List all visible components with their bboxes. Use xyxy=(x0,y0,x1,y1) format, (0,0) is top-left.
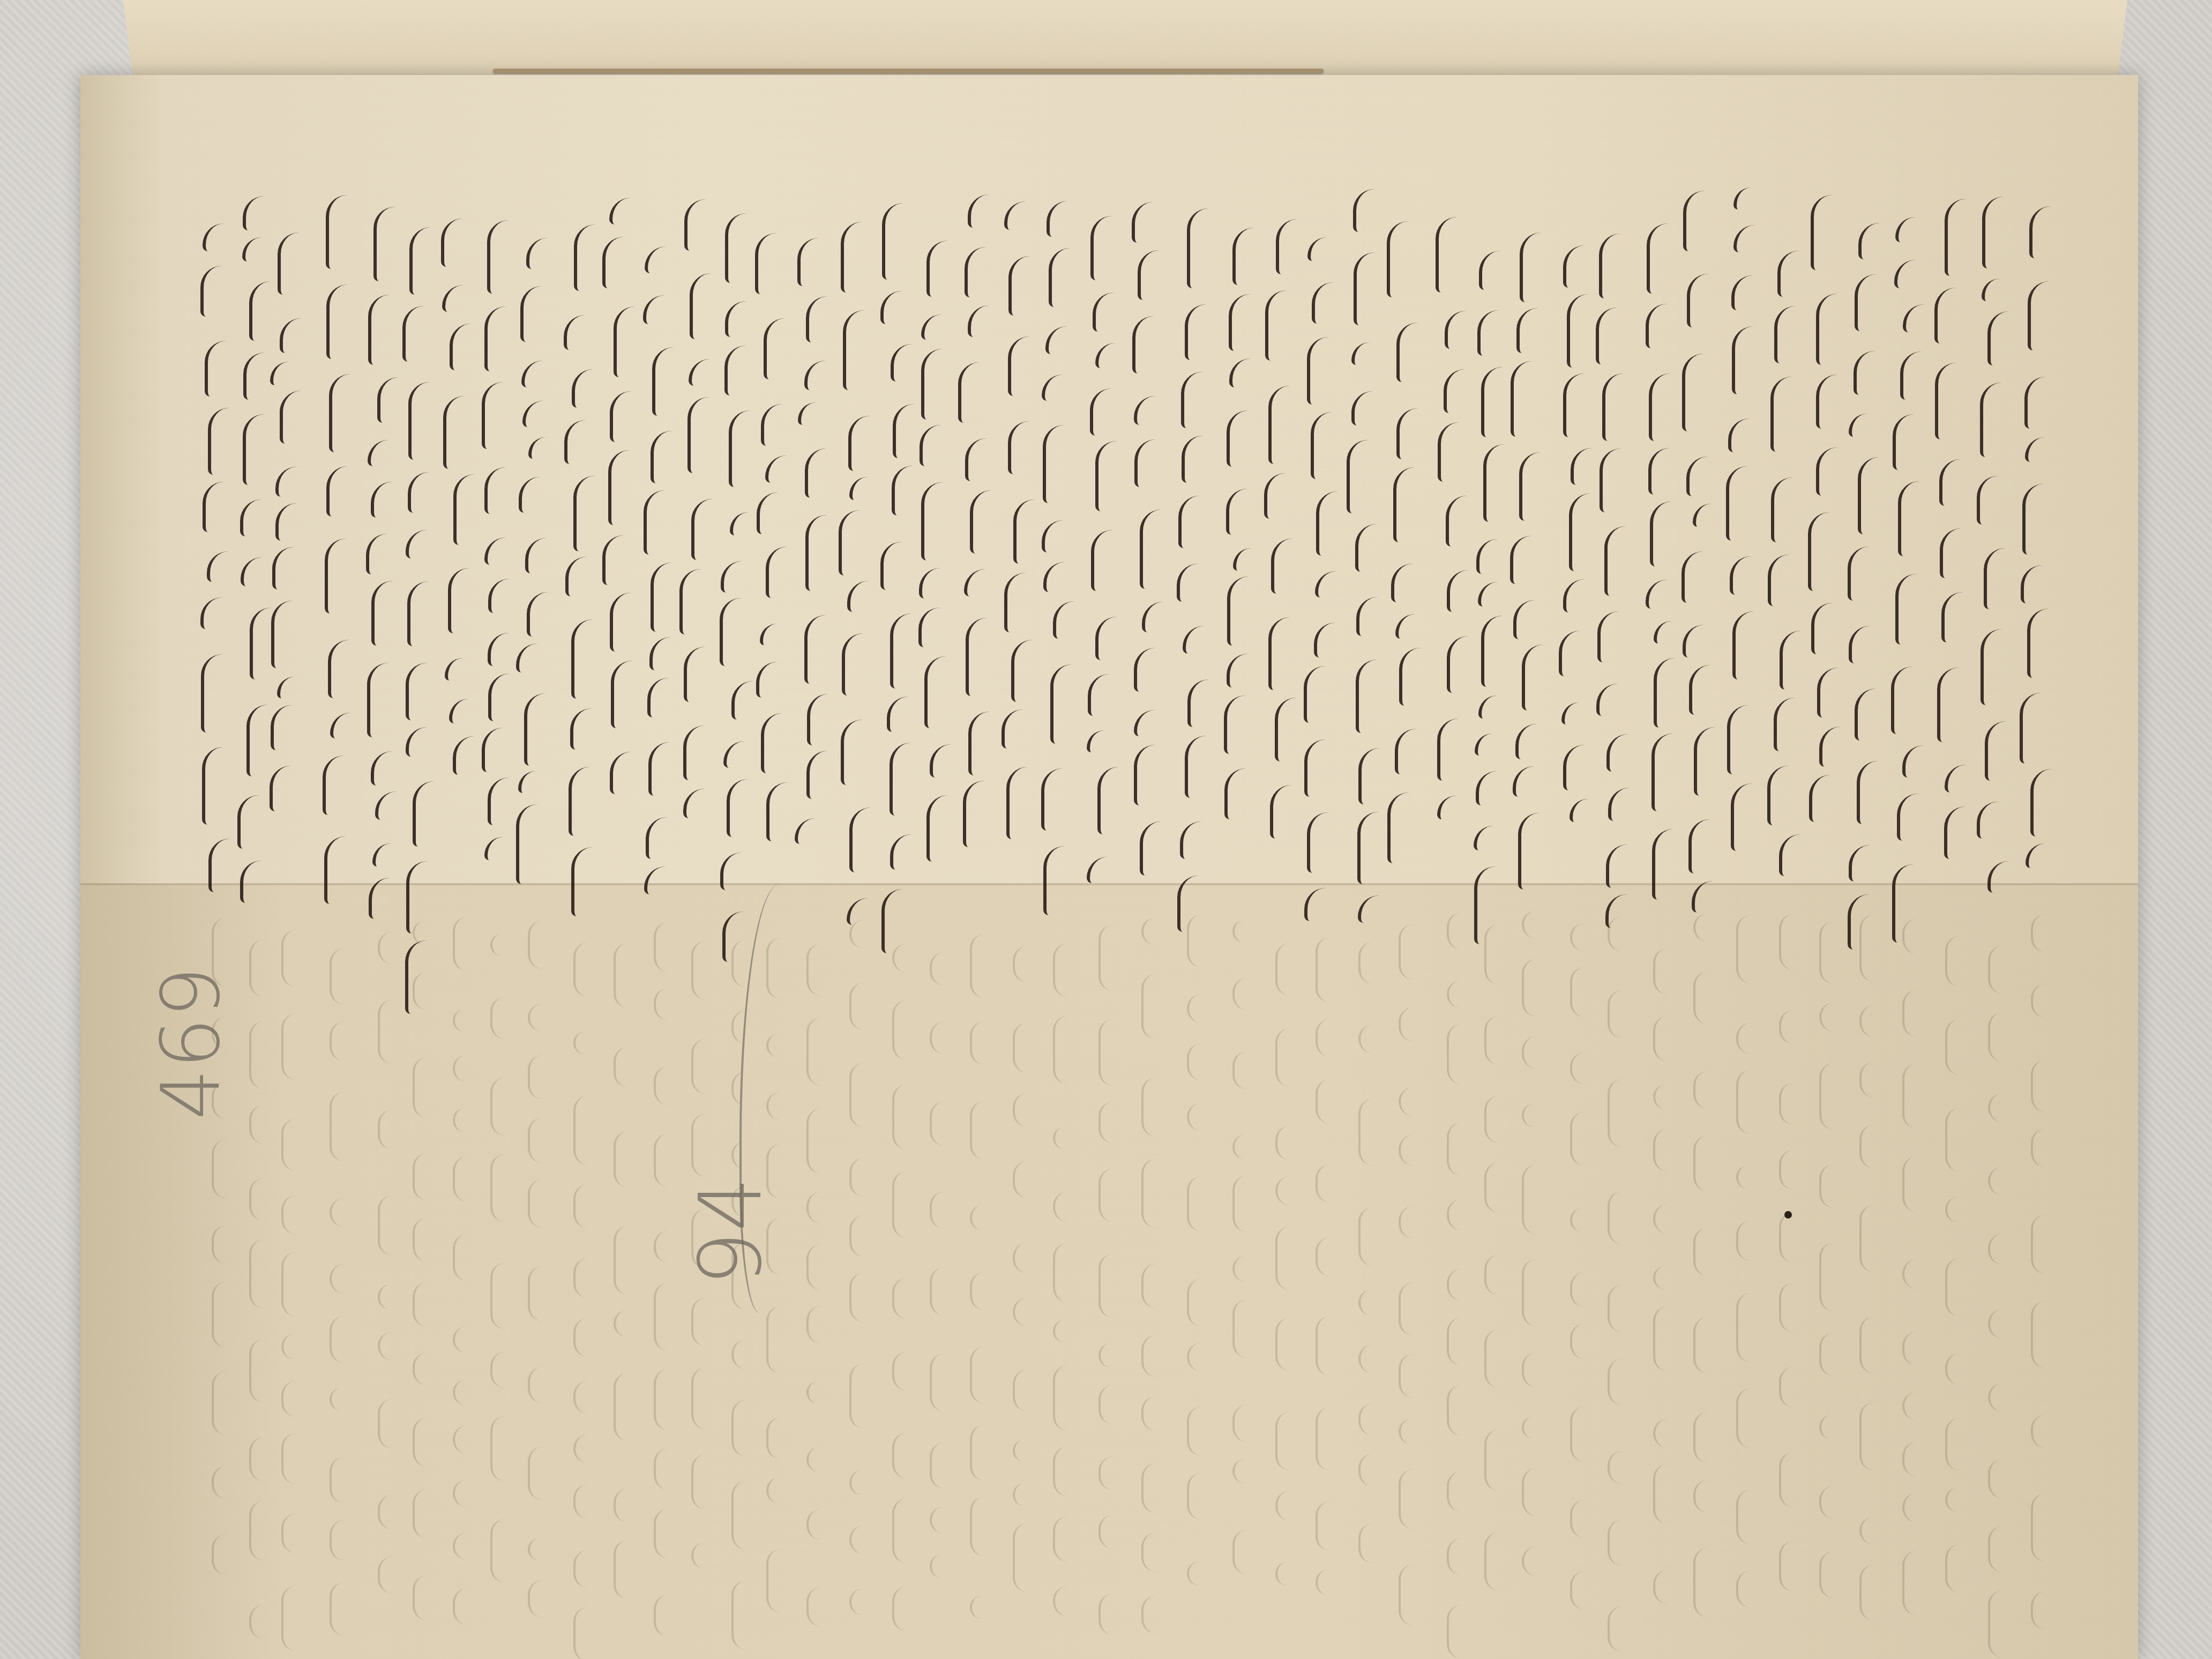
ghost-stroke xyxy=(1447,1199,1476,1230)
ghost-stroke xyxy=(1141,1078,1170,1137)
ink-stroke xyxy=(1354,252,1389,325)
ink-stroke xyxy=(1683,191,1718,251)
ink-stroke xyxy=(1006,767,1042,839)
ghost-stroke xyxy=(806,1587,835,1626)
ghost-stroke xyxy=(806,1381,835,1403)
ghost-stroke xyxy=(1447,1385,1476,1436)
ink-stroke xyxy=(1727,705,1762,774)
ink-stroke xyxy=(839,510,874,576)
ghost-stroke xyxy=(1570,1324,1599,1359)
ghost-stroke xyxy=(1484,1532,1513,1590)
ink-stroke xyxy=(921,349,956,420)
ghost-stroke xyxy=(281,1014,310,1080)
ink-stroke xyxy=(968,712,1004,775)
ink-stroke xyxy=(720,598,755,666)
ghost-stroke xyxy=(330,1520,358,1560)
ghost-stroke xyxy=(970,1205,999,1230)
ghost-stroke xyxy=(2031,1129,2060,1167)
ghost-stroke xyxy=(573,1258,602,1298)
ink-stroke xyxy=(924,656,960,728)
ghost-stroke xyxy=(249,1501,278,1560)
ink-stroke xyxy=(1011,640,1047,702)
ghost-stroke xyxy=(1275,1176,1304,1205)
ink-stroke xyxy=(2029,206,2065,258)
ghost-stroke xyxy=(1098,1169,1127,1222)
ink-stroke xyxy=(1132,316,1168,373)
ghost-stroke xyxy=(1098,1385,1127,1424)
ghost-stroke xyxy=(1275,1318,1304,1371)
ink-stroke xyxy=(610,593,645,652)
ghost-stroke xyxy=(849,1526,878,1554)
ghost-stroke xyxy=(1053,1516,1082,1561)
ghost-stroke xyxy=(1819,921,1848,984)
ghost-stroke xyxy=(528,921,557,969)
ink-stroke xyxy=(367,663,402,737)
ghost-stroke xyxy=(528,1055,557,1099)
ghost-stroke xyxy=(1399,1283,1428,1335)
ink-stroke xyxy=(881,889,917,953)
ghost-stroke xyxy=(212,1371,241,1435)
ink-stroke xyxy=(328,640,363,698)
ink-stroke xyxy=(848,416,884,471)
ghost-stroke xyxy=(806,1448,835,1471)
ink-stroke xyxy=(1227,577,1262,646)
ink-stroke xyxy=(1393,467,1429,542)
ink-stroke xyxy=(966,618,1001,696)
ghost-stroke xyxy=(1945,1108,1974,1171)
ink-stroke xyxy=(611,661,646,728)
ghost-stroke xyxy=(1358,1403,1387,1436)
ink-stroke xyxy=(1268,617,1304,690)
ghost-stroke xyxy=(691,1298,720,1346)
ink-stroke xyxy=(516,804,551,884)
ghost-stroke xyxy=(1736,1490,1765,1544)
ghost-stroke xyxy=(1653,1129,1682,1171)
ghost-stroke xyxy=(573,1184,602,1228)
ghost-stroke xyxy=(378,1557,407,1593)
ghost-stroke xyxy=(1447,1024,1476,1084)
ghost-stroke xyxy=(766,1306,795,1373)
ghost-stroke xyxy=(1316,1237,1344,1276)
ghost-stroke xyxy=(614,1489,642,1522)
ghost-stroke xyxy=(654,988,683,1020)
ghost-stroke xyxy=(1736,1293,1765,1362)
ghost-stroke xyxy=(1053,1192,1082,1222)
ghost-stroke xyxy=(1098,1019,1127,1086)
ghost-stroke xyxy=(691,941,720,999)
ghost-stroke xyxy=(1988,946,2017,993)
ghost-stroke xyxy=(1187,1407,1216,1456)
ink-stroke xyxy=(324,836,360,904)
ghost-stroke xyxy=(249,1339,278,1402)
ghost-stroke xyxy=(1399,1469,1428,1529)
ghost-stroke xyxy=(1013,1523,1042,1592)
ink-stroke xyxy=(1652,829,1687,900)
ghost-stroke xyxy=(930,1507,959,1533)
ghost-stroke xyxy=(766,1477,795,1504)
ink-stroke xyxy=(208,408,243,475)
ghost-stroke xyxy=(1653,1570,1682,1604)
ghost-stroke xyxy=(281,1119,310,1171)
ghost-stroke xyxy=(1358,1099,1387,1165)
ink-stroke xyxy=(1483,444,1519,522)
ink-stroke xyxy=(648,742,684,796)
ghost-stroke xyxy=(1522,1165,1551,1234)
ghost-stroke xyxy=(892,1499,921,1563)
ink-stroke xyxy=(1597,611,1633,662)
ink-stroke xyxy=(1654,658,1689,728)
ink-stroke xyxy=(1140,821,1175,876)
ink-stroke xyxy=(970,490,1005,554)
ghost-stroke xyxy=(1187,1561,1216,1586)
ghost-stroke xyxy=(1988,1012,2017,1062)
ghost-stroke xyxy=(1859,1062,1888,1097)
ghost-stroke xyxy=(2031,1301,2060,1368)
ink-stroke xyxy=(842,633,877,696)
ink-stroke xyxy=(409,227,445,295)
ghost-stroke xyxy=(766,1417,795,1459)
ink-stroke xyxy=(1808,512,1843,591)
ghost-stroke xyxy=(453,1425,482,1454)
ghost-stroke xyxy=(1013,1093,1042,1127)
ghost-stroke xyxy=(1945,1258,1974,1317)
ghost-stroke xyxy=(1013,1440,1042,1461)
ghost-stroke xyxy=(691,1114,720,1177)
ghost-stroke xyxy=(1098,1343,1127,1367)
ghost-stroke xyxy=(1098,1515,1127,1549)
ghost-stroke xyxy=(378,1195,407,1256)
ghost-stroke xyxy=(930,952,959,985)
ink-stroke xyxy=(1049,248,1084,307)
ghost-stroke xyxy=(1232,921,1261,942)
ink-stroke xyxy=(278,233,313,295)
ghost-stroke xyxy=(1098,1456,1127,1490)
ghost-stroke xyxy=(528,1118,557,1163)
ink-stroke xyxy=(805,449,840,498)
ghost-stroke xyxy=(1399,1354,1428,1398)
ghost-stroke xyxy=(1570,967,1599,1017)
ink-stroke xyxy=(1977,476,2012,525)
ghost-stroke xyxy=(614,1131,642,1187)
ghost-stroke xyxy=(378,1332,407,1360)
ghost-stroke xyxy=(1653,1306,1682,1371)
ghost-stroke xyxy=(1608,1606,1636,1651)
ink-stroke xyxy=(841,720,876,785)
ghost-stroke xyxy=(970,1272,999,1310)
ghost-stroke xyxy=(970,1425,999,1481)
ghost-stroke xyxy=(654,922,683,972)
ghost-stroke xyxy=(330,1264,358,1294)
ghost-stroke xyxy=(1570,1571,1599,1610)
ghost-stroke xyxy=(1013,1370,1042,1411)
ink-stroke xyxy=(1935,363,1970,439)
ghost-stroke xyxy=(1358,1025,1387,1053)
ghost-stroke xyxy=(1653,948,1682,995)
ghost-stroke xyxy=(1902,1156,1931,1212)
ghost-stroke xyxy=(490,1352,519,1388)
ink-stroke xyxy=(1726,466,1761,541)
ghost-stroke xyxy=(453,1533,482,1559)
ink-stroke xyxy=(2027,609,2062,678)
ghost-stroke xyxy=(528,1447,557,1500)
ghost-stroke xyxy=(892,1278,921,1319)
ink-stroke xyxy=(805,515,841,591)
ink-stroke xyxy=(1187,208,1222,288)
ink-stroke xyxy=(1396,408,1432,459)
ghost-stroke xyxy=(413,1489,442,1538)
ghost-stroke xyxy=(1187,1279,1216,1326)
ghost-stroke xyxy=(1232,978,1261,1010)
ghost-stroke xyxy=(654,1134,683,1187)
ghost-stroke xyxy=(1693,1480,1722,1513)
ink-stroke xyxy=(1682,551,1717,603)
ink-stroke xyxy=(1984,548,2019,609)
ghost-stroke xyxy=(766,1549,795,1612)
ghost-stroke xyxy=(1141,1463,1170,1513)
ink-stroke xyxy=(406,663,441,720)
ghost-stroke xyxy=(806,1306,835,1343)
ghost-stroke xyxy=(528,1266,557,1321)
ghost-stroke xyxy=(1013,946,1042,982)
ghost-stroke xyxy=(930,1443,959,1489)
ghost-stroke xyxy=(892,1587,921,1631)
ghost-stroke xyxy=(614,1373,642,1441)
ghost-stroke xyxy=(2031,1493,2060,1561)
ink-stroke xyxy=(1232,228,1268,285)
ghost-stroke xyxy=(281,1514,310,1553)
ghost-stroke xyxy=(1902,1551,1931,1615)
ghost-stroke xyxy=(731,1581,760,1649)
ghost-stroke xyxy=(1859,915,1888,982)
ghost-stroke xyxy=(1232,1256,1261,1282)
ghost-stroke xyxy=(330,1457,358,1503)
ink-stroke xyxy=(766,547,801,598)
ghost-stroke xyxy=(1316,937,1344,1003)
ghost-stroke xyxy=(1522,911,1551,938)
ink-stroke xyxy=(323,756,358,815)
ghost-stroke xyxy=(1275,1028,1304,1087)
ink-stroke xyxy=(1271,539,1306,594)
ghost-stroke xyxy=(849,1470,878,1495)
ghost-stroke xyxy=(413,1057,442,1118)
ink-stroke xyxy=(203,482,238,532)
ghost-stroke xyxy=(1013,1023,1042,1073)
ink-stroke xyxy=(602,535,638,585)
ink-stroke xyxy=(1013,499,1049,564)
ghost-stroke xyxy=(892,1171,921,1238)
ink-stroke xyxy=(652,347,687,416)
ghost-stroke xyxy=(1053,1127,1082,1149)
ink-stroke xyxy=(1304,739,1340,797)
ink-stroke xyxy=(1347,440,1382,513)
ghost-stroke xyxy=(849,1589,878,1615)
ghost-stroke xyxy=(1819,1486,1848,1519)
ghost-stroke xyxy=(212,1140,241,1198)
ink-stroke xyxy=(484,307,520,371)
ghost-stroke xyxy=(1779,1010,1808,1044)
ghost-stroke xyxy=(1736,1070,1765,1134)
ghost-stroke xyxy=(1945,1197,1974,1222)
ghost-stroke xyxy=(892,1433,921,1478)
ink-stroke xyxy=(1437,719,1473,781)
ink-stroke xyxy=(1688,819,1724,873)
ink-stroke xyxy=(2020,693,2055,764)
ink-stroke xyxy=(1944,806,1979,859)
ghost-stroke xyxy=(453,1480,482,1507)
ghost-stroke xyxy=(378,1000,407,1064)
ink-stroke xyxy=(2030,769,2066,836)
ink-stroke xyxy=(958,362,993,423)
ink-stroke xyxy=(325,539,360,614)
ink-stroke xyxy=(1307,337,1342,405)
ink-stroke xyxy=(1780,631,1815,690)
ghost-stroke xyxy=(1232,1405,1261,1442)
ghost-stroke xyxy=(614,1311,642,1336)
ink-stroke xyxy=(1694,727,1729,796)
ink-stroke xyxy=(1980,383,2015,457)
ghost-stroke xyxy=(1779,1213,1808,1262)
ghost-stroke xyxy=(1447,1605,1476,1658)
ghost-stroke xyxy=(1945,1019,1974,1075)
ink-stroke xyxy=(402,306,438,362)
ghost-stroke xyxy=(731,1481,760,1550)
ink-stroke xyxy=(843,310,878,390)
ghost-stroke xyxy=(1570,1500,1599,1538)
ghost-stroke xyxy=(1484,1255,1513,1295)
ghost-stroke xyxy=(1522,1352,1551,1387)
ink-stroke xyxy=(1981,629,2016,705)
ghost-stroke xyxy=(413,972,442,1010)
ghost-stroke xyxy=(806,1509,835,1540)
ghost-stroke xyxy=(1316,1501,1344,1551)
ghost-stroke xyxy=(413,1418,442,1467)
ghost-stroke xyxy=(1693,1317,1722,1373)
ghost-stroke xyxy=(330,1198,358,1227)
ghost-stroke xyxy=(2031,984,2060,1018)
ghost-stroke xyxy=(1736,1023,1765,1054)
ink-stroke xyxy=(1004,573,1040,632)
ink-stroke xyxy=(443,396,479,469)
ghost-stroke xyxy=(1902,1442,1931,1476)
ink-stroke xyxy=(1185,304,1220,360)
ghost-stroke xyxy=(573,1550,602,1588)
ghost-stroke xyxy=(806,1018,835,1085)
ink-stroke xyxy=(1732,326,1767,394)
ghost-stroke xyxy=(1779,1452,1808,1507)
ink-stroke xyxy=(326,466,362,517)
ghost-stroke xyxy=(453,1380,482,1405)
ghost-stroke xyxy=(1945,1544,1974,1593)
ink-stroke xyxy=(200,266,236,317)
ghost-stroke xyxy=(1945,936,1974,987)
ghost-stroke xyxy=(654,1283,683,1351)
ink-stroke xyxy=(1304,666,1339,723)
ink-stroke xyxy=(329,374,364,452)
ghost-stroke xyxy=(212,1534,241,1575)
ghost-stroke xyxy=(281,1252,310,1316)
ghost-stroke xyxy=(212,1466,241,1499)
ghost-stroke xyxy=(614,943,642,1008)
ink-stroke xyxy=(1043,846,1079,915)
ink-stroke xyxy=(1650,502,1685,566)
ghost-stroke xyxy=(1988,1526,2017,1572)
ghost-stroke xyxy=(1693,1071,1722,1109)
ink-stroke xyxy=(841,222,876,293)
ghost-stroke xyxy=(1447,1471,1476,1512)
ghost-stroke xyxy=(1447,1538,1476,1575)
ghost-stroke xyxy=(1736,1221,1765,1261)
ink-stroke xyxy=(727,779,762,837)
ink-stroke xyxy=(1519,452,1555,521)
ghost-stroke xyxy=(1316,1407,1344,1470)
ink-stroke xyxy=(1649,373,1684,441)
ghost-stroke xyxy=(892,944,921,972)
ink-stroke xyxy=(1008,337,1043,396)
ghost-stroke xyxy=(378,932,407,964)
ghost-stroke xyxy=(614,1047,642,1087)
ink-stroke xyxy=(1008,421,1043,474)
ghost-stroke xyxy=(1736,915,1765,983)
ghost-stroke xyxy=(330,1022,358,1061)
ghost-stroke xyxy=(1053,1243,1082,1302)
ghost-stroke xyxy=(1358,1290,1387,1316)
ghost-stroke xyxy=(1608,1359,1636,1405)
ghost-stroke xyxy=(1570,1208,1599,1232)
ink-stroke xyxy=(1563,373,1598,437)
ghost-stroke xyxy=(1187,1043,1216,1080)
ink-stroke xyxy=(1268,386,1304,464)
ghost-stroke xyxy=(1902,1493,1931,1522)
ghost-stroke xyxy=(970,1347,999,1403)
ghost-stroke xyxy=(1653,1085,1682,1109)
ghost-stroke xyxy=(930,1267,959,1316)
ink-stroke xyxy=(1599,234,1634,298)
ghost-stroke xyxy=(1608,1079,1636,1147)
ghost-stroke xyxy=(1988,1094,2017,1122)
ghost-stroke xyxy=(1819,1063,1848,1130)
ink-stroke xyxy=(1358,748,1394,804)
ghost-stroke xyxy=(1098,1102,1127,1143)
ghost-stroke xyxy=(892,1352,921,1391)
ghost-stroke xyxy=(1358,1454,1387,1486)
ghost-stroke xyxy=(849,983,878,1030)
ink-stroke xyxy=(849,808,885,872)
ghost-stroke xyxy=(1484,1016,1513,1065)
ink-stroke xyxy=(1447,636,1482,693)
ghost-stroke xyxy=(1988,1309,2017,1339)
ghost-stroke xyxy=(1522,1259,1551,1326)
ink-stroke xyxy=(755,233,790,294)
ghost-stroke xyxy=(378,1284,407,1310)
ink-stroke xyxy=(690,273,725,339)
ink-stroke xyxy=(687,397,723,473)
ink-stroke xyxy=(571,619,607,699)
ink-stroke xyxy=(1138,250,1173,300)
ink-stroke xyxy=(1436,217,1471,293)
ink-stroke xyxy=(1682,354,1717,431)
ink-stroke xyxy=(520,286,556,342)
ghost-stroke xyxy=(1819,1003,1848,1032)
ghost-stroke xyxy=(1232,1459,1261,1483)
ink-stroke xyxy=(1687,274,1722,327)
ghost-stroke xyxy=(378,1495,407,1529)
ghost-stroke xyxy=(2031,1415,2060,1448)
ghost-stroke xyxy=(1141,1335,1170,1377)
ghost-stroke xyxy=(1316,1570,1344,1595)
ghost-stroke xyxy=(528,1580,557,1617)
ghost-stroke xyxy=(1013,1161,1042,1198)
ghost-stroke xyxy=(413,1218,442,1261)
